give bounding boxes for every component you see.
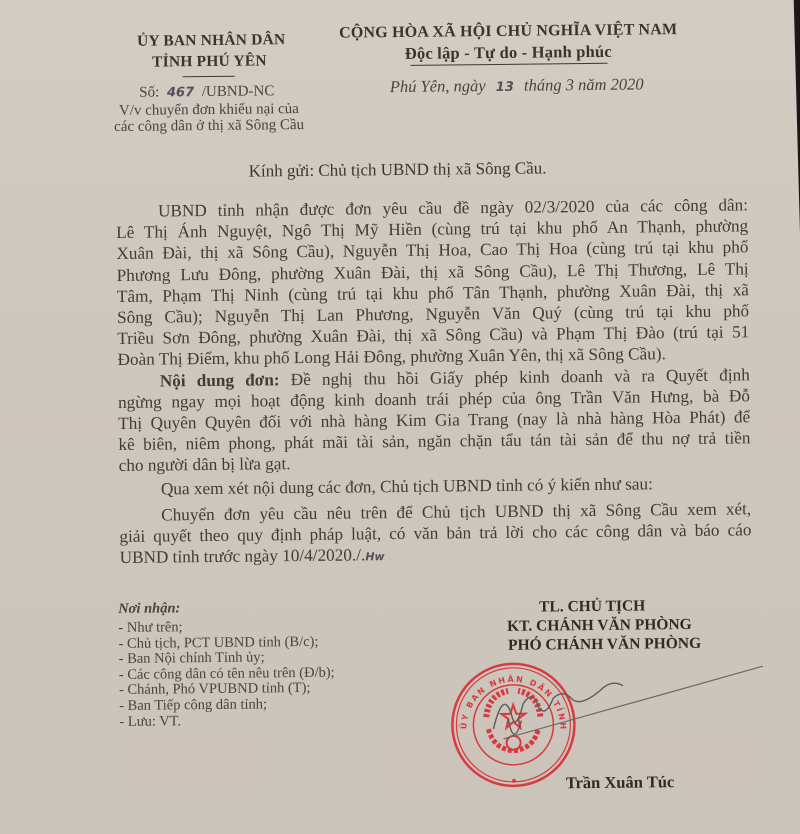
handwritten-initials: Hw [365, 550, 385, 563]
recipient-line: Kính gửi: Chủ tịch UBND thị xã Sông Cầu. [249, 158, 547, 181]
number-suffix: /UBND-NC [202, 83, 275, 100]
document-number: Số: 467 /UBND-NC [139, 83, 274, 101]
date-prefix: Phú Yên, ngày [390, 76, 486, 96]
date-suffix: tháng 3 năm 2020 [524, 74, 644, 94]
agency-name-line1: ỦY BAN NHÂN DÂN [137, 31, 286, 51]
place-date: Phú Yên, ngày 13 tháng 3 năm 2020 [390, 74, 644, 97]
number-handwritten: 467 [167, 85, 194, 100]
opinion-intro: Qua xem xét nội dung các đơn, Chủ tịch U… [161, 473, 751, 499]
number-prefix: Số: [139, 85, 159, 101]
signature-line3: PHÓ CHÁNH VĂN PHÒNG [508, 635, 701, 655]
content-label: Nội dung đơn: [160, 370, 291, 390]
receivers-title: Nơi nhận: [118, 600, 180, 618]
official-letter: ỦY BAN NHÂN DÂN TỈNH PHÚ YÊN Số: 467 /UB… [0, 0, 800, 834]
agency-name-line2: TỈNH PHÚ YÊN [152, 52, 267, 71]
receiver-item: - Lưu: VT. [119, 713, 181, 731]
signature-line1: TL. CHỦ TỊCH [539, 597, 645, 616]
handwritten-signature-icon [483, 656, 784, 769]
motto: Độc lập - Tự do - Hạnh phúc [405, 42, 612, 64]
nation-title: CỘNG HÒA XÃ HỘI CHỦ NGHĨA VIỆT NAM [339, 21, 677, 43]
signer-name: Trần Xuân Túc [566, 772, 675, 793]
date-day-handwritten: 13 [496, 80, 514, 95]
agency-underline [183, 76, 235, 78]
receiver-item: - Ban Tiếp công dân tỉnh; [119, 696, 267, 715]
signature-line2: KT. CHÁNH VĂN PHÒNG [507, 616, 692, 636]
subject-line2: các công dân ở thị xã Sông Cầu [114, 117, 304, 136]
